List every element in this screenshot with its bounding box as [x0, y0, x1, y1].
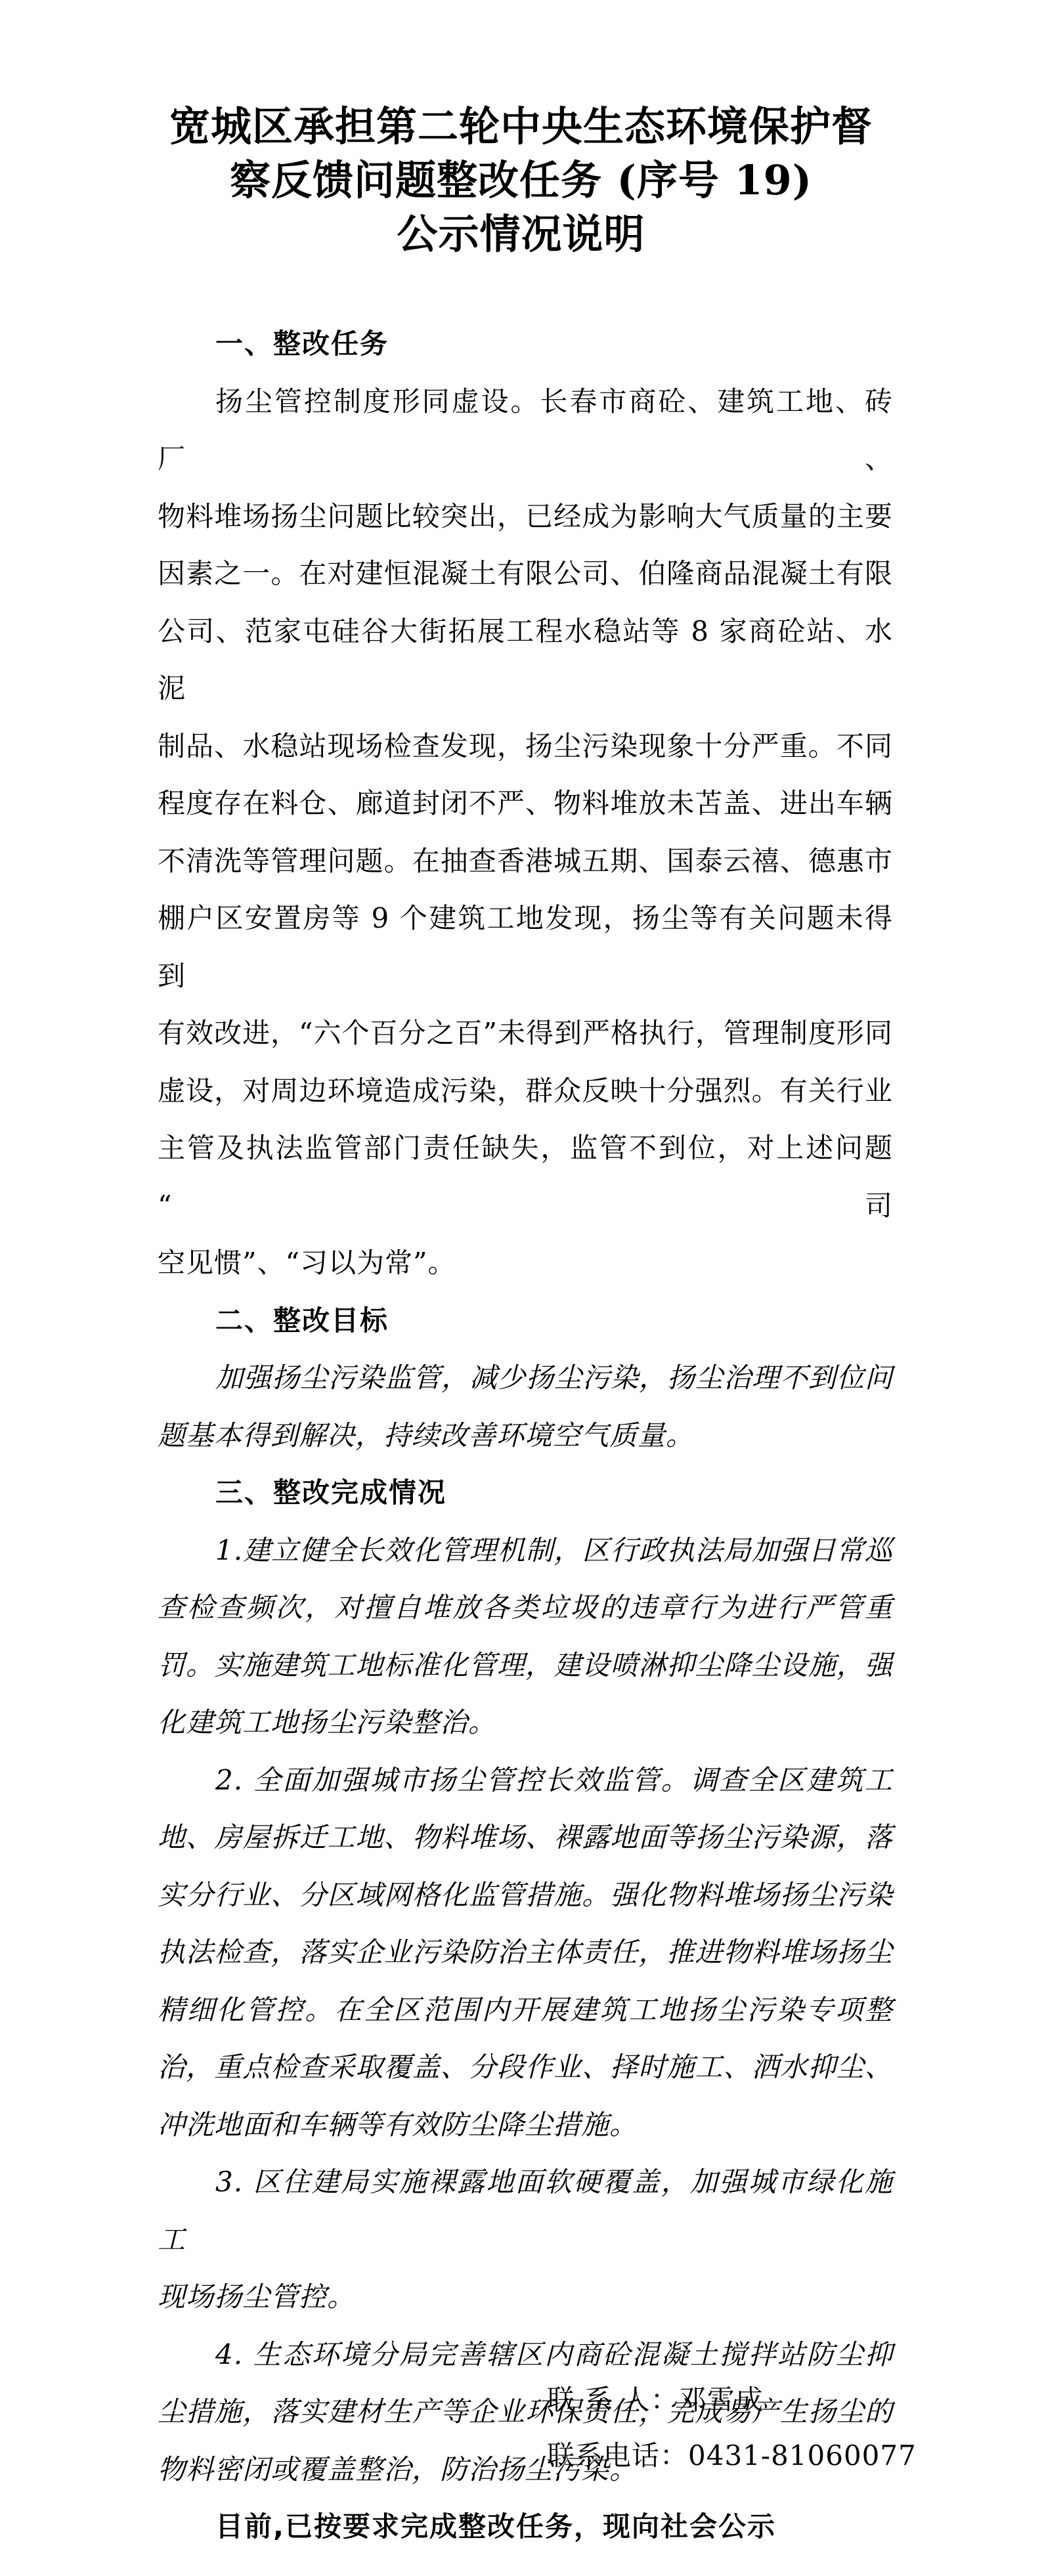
- document-body: 一、整改任务扬尘管控制度形同虚设。长春市商砼、建筑工地、砖厂、物料堆场扬尘问题比…: [158, 315, 893, 2556]
- body-text-line: 题基本得到解决，持续改善环境空气质量。: [158, 1407, 893, 1465]
- title-line-2: 察反馈问题整改任务 (序号 19): [0, 154, 1042, 207]
- contact-phone-line: 联系电话：0431-81060077: [547, 2428, 917, 2483]
- body-text-line: 1.建立健全长效化管理机制，区行政执法局加强日常巡: [158, 1522, 893, 1579]
- body-text-line: 虚设，对周边环境造成污染，群众反映十分强烈。有关行业: [158, 1062, 893, 1120]
- body-text-line: 空见惯”、“习以为常”。: [158, 1234, 893, 1292]
- document-page: 宽城区承担第二轮中央生态环境保护督察反馈问题整改任务 (序号 19)公示情况说明…: [0, 0, 1042, 2576]
- body-text-line: 精细化管控。在全区范围内开展建筑工地扬尘污染专项整: [158, 1981, 893, 2039]
- title-line-3: 公示情况说明: [0, 207, 1042, 261]
- body-text-line: 查检查频次，对擅自堆放各类垃圾的违章行为进行严管重: [158, 1579, 893, 1637]
- section-2-heading: 二、整改目标: [158, 1292, 893, 1350]
- body-text-line: 主管及执法监管部门责任缺失，监管不到位，对上述问题“司: [158, 1119, 893, 1234]
- body-text-line: 现场扬尘管控。: [158, 2268, 893, 2326]
- body-text-line: 不清洗等管理问题。在抽查香港城五期、国泰云禧、德惠市: [158, 832, 893, 890]
- section-1-heading: 一、整改任务: [158, 315, 893, 373]
- title-line-1: 宽城区承担第二轮中央生态环境保护督: [0, 100, 1042, 154]
- body-text-line: 因素之一。在对建恒混凝土有限公司、伯隆商品混凝土有限: [158, 545, 893, 603]
- body-text-line: 制品、水稳站现场检查发现，扬尘污染现象十分严重。不同: [158, 718, 893, 775]
- body-text-line: 有效改进，“六个百分之百”未得到严格执行，管理制度形同: [158, 1004, 893, 1062]
- body-text-line: 化建筑工地扬尘污染整治。: [158, 1694, 893, 1751]
- body-text-line: 地、房屋拆迁工地、物料堆场、裸露地面等扬尘污染源，落: [158, 1809, 893, 1866]
- contact-person-line: 联 系 人：邓雪成: [547, 2372, 917, 2428]
- section-3-heading: 三、整改完成情况: [158, 1464, 893, 1522]
- body-text-line: 2. 全面加强城市扬尘管控长效监管。调查全区建筑工: [158, 1751, 893, 1809]
- body-text-line: 执法检查，落实企业污染防治主体责任，推进物料堆场扬尘: [158, 1923, 893, 1981]
- body-text-line: 扬尘管控制度形同虚设。长春市商砼、建筑工地、砖厂、: [158, 373, 893, 488]
- body-text-line: 物料堆场扬尘问题比较突出，已经成为影响大气质量的主要: [158, 488, 893, 546]
- document-title: 宽城区承担第二轮中央生态环境保护督察反馈问题整改任务 (序号 19)公示情况说明: [0, 100, 1042, 261]
- body-text-line: 冲洗地面和车辆等有效防尘降尘措施。: [158, 2096, 893, 2154]
- body-text-line: 实分行业、分区域网格化监管措施。强化物料堆场扬尘污染: [158, 1866, 893, 1924]
- body-text-line: 加强扬尘污染监管，减少扬尘污染，扬尘治理不到位问: [158, 1349, 893, 1407]
- body-text-line: 程度存在料仓、廊道封闭不严、物料堆放未苫盖、进出车辆: [158, 775, 893, 832]
- body-text-line: 公司、范家屯硅谷大街拓展工程水稳站等 8 家商砼站、水泥: [158, 603, 893, 718]
- closing-statement: 目前,已按要求完成整改任务，现向社会公示: [158, 2498, 893, 2556]
- body-text-line: 治，重点检查采取覆盖、分段作业、择时施工、洒水抑尘、: [158, 2038, 893, 2096]
- body-text-line: 3. 区住建局实施裸露地面软硬覆盖，加强城市绿化施工: [158, 2153, 893, 2268]
- body-text-line: 棚户区安置房等 9 个建筑工地发现，扬尘等有关问题未得到: [158, 890, 893, 1004]
- contact-info: 联 系 人：邓雪成联系电话：0431-81060077: [547, 2372, 917, 2483]
- body-text-line: 罚。实施建筑工地标准化管理，建设喷淋抑尘降尘设施，强: [158, 1637, 893, 1694]
